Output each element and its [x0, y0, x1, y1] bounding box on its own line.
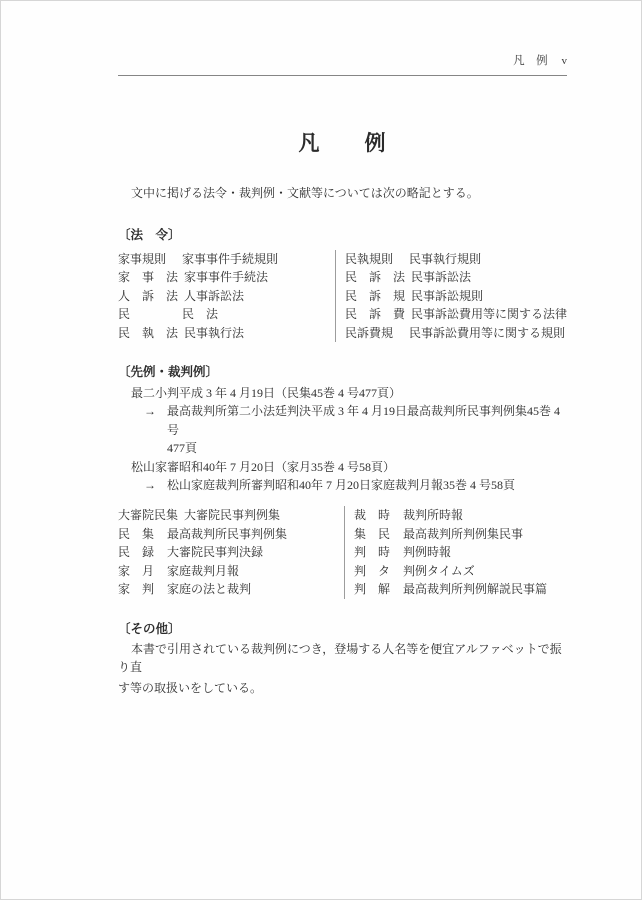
abbreviation: 集 民: [354, 525, 397, 543]
other-note-line: す等の取扱いをしている。: [118, 679, 567, 697]
abbr-row: 民 録大審院民事判決録: [118, 543, 344, 561]
abbreviation-full-name: 家庭の法と裁判: [167, 582, 251, 596]
expansion-line: 松山家庭裁判所審判昭和40年 7 月20日家庭裁判月報35巻 4 号58頁: [167, 476, 567, 494]
expansion-text: 松山家庭裁判所審判昭和40年 7 月20日家庭裁判月報35巻 4 号58頁: [167, 476, 567, 494]
abbr-row: 集 民最高裁判所判例集民事: [354, 525, 567, 543]
abbreviation: 民 訴 費: [345, 305, 405, 323]
abbreviation-full-name: 判例時報: [403, 545, 451, 559]
abbr-row: 大審院民集大審院民事判例集: [118, 506, 344, 524]
abbreviation-full-name: 民事訴訟費用等に関する規則: [409, 326, 565, 340]
book-page: 凡 例 v 凡 例 文中に掲げる法令・裁判例・文献等については次の略記とする。 …: [0, 0, 642, 900]
page-title: 凡 例: [118, 127, 567, 157]
abbreviation-full-name: 民事執行規則: [409, 252, 481, 266]
abbreviation: 裁 時: [354, 506, 397, 524]
laws-column-right: 民執規則民事執行規則 民 訴 法民事訴訟法 民 訴 規民事訴訟規則 民 訴 費民…: [335, 250, 567, 342]
abbreviation: 家 月: [118, 562, 161, 580]
abbr-row: 民 執 法民事執行法: [118, 324, 335, 342]
abbreviation: 民 訴 法: [345, 268, 405, 286]
abbr-row: 判 解最高裁判所判例解説民事篇: [354, 580, 567, 598]
abbr-row: 家 事 法家事事件手続法: [118, 268, 335, 286]
abbreviation-full-name: 裁判所時報: [403, 508, 463, 522]
expansion-text: 最高裁判所第二小法廷判決平成 3 年 4 月19日最高裁判所民事判例集45巻 4…: [167, 402, 567, 457]
abbreviation-full-name: 最高裁判所判例集民事: [403, 527, 523, 541]
reporters-column-left: 大審院民集大審院民事判例集 民 集最高裁判所民事判例集 民 録大審院民事判決録 …: [118, 506, 344, 598]
abbreviation: 民: [118, 305, 176, 323]
abbreviation: 民 訴 規: [345, 287, 405, 305]
abbr-row: 家事規則家事事件手続規則: [118, 250, 335, 268]
laws-abbreviation-table: 家事規則家事事件手続規則 家 事 法家事事件手続法 人 訴 法人事訴訟法 民民 …: [118, 250, 567, 342]
abbr-row: 判 タ判例タイムズ: [354, 562, 567, 580]
running-header: 凡 例 v: [118, 52, 567, 76]
citation-expansion: → 松山家庭裁判所審判昭和40年 7 月20日家庭裁判月報35巻 4 号58頁: [118, 476, 567, 494]
abbreviation-full-name: 大審院民事判決録: [167, 545, 263, 559]
abbreviation-full-name: 民事訴訟規則: [411, 289, 483, 303]
abbreviation: 民 執 法: [118, 324, 178, 342]
abbreviation-full-name: 家庭裁判月報: [167, 564, 239, 578]
abbr-row: 民 訴 規民事訴訟規則: [345, 287, 567, 305]
section-heading-other: 〔その他〕: [118, 619, 567, 637]
abbreviation: 民執規則: [345, 250, 403, 268]
abbreviation-full-name: 民事訴訟法: [411, 270, 471, 284]
abbr-row: 民執規則民事執行規則: [345, 250, 567, 268]
abbreviation-full-name: 最高裁判所民事判例集: [167, 527, 287, 541]
abbreviation: 家 事 法: [118, 268, 178, 286]
abbr-row: 人 訴 法人事訴訟法: [118, 287, 335, 305]
abbr-row: 民 訴 費民事訴訟費用等に関する法律: [345, 305, 567, 323]
intro-text: 文中に掲げる法令・裁判例・文献等については次の略記とする。: [118, 186, 567, 201]
precedent-examples: 最二小判平成 3 年 4 月19日（民集45巻 4 号477頁） → 最高裁判所…: [118, 384, 567, 494]
citation-expansion: → 最高裁判所第二小法廷判決平成 3 年 4 月19日最高裁判所民事判例集45巻…: [118, 402, 567, 457]
expansion-line: 477頁: [167, 439, 567, 457]
abbreviation-full-name: 民事執行法: [184, 326, 244, 340]
abbreviation-full-name: 家事事件手続法: [184, 270, 268, 284]
abbreviation-full-name: 民事訴訟費用等に関する法律: [411, 307, 567, 321]
abbreviation: 家 判: [118, 580, 161, 598]
laws-column-left: 家事規則家事事件手続規則 家 事 法家事事件手続法 人 訴 法人事訴訟法 民民 …: [118, 250, 335, 342]
abbreviation-full-name: 家事事件手続規則: [182, 252, 278, 266]
abbreviation: 大審院民集: [118, 506, 178, 524]
abbreviation: 判 解: [354, 580, 397, 598]
abbreviation: 人 訴 法: [118, 287, 178, 305]
abbr-row: 裁 時裁判所時報: [354, 506, 567, 524]
abbr-row: 民訴費規民事訴訟費用等に関する規則: [345, 324, 567, 342]
abbreviation: 家事規則: [118, 250, 176, 268]
section-heading-precedents: 〔先例・裁判例〕: [118, 362, 567, 380]
case-citation: 松山家審昭和40年 7 月20日（家月35巻 4 号58頁）: [118, 458, 567, 476]
reporters-abbreviation-table: 大審院民集大審院民事判例集 民 集最高裁判所民事判例集 民 録大審院民事判決録 …: [118, 506, 567, 598]
running-title: 凡 例: [513, 55, 548, 67]
abbr-row: 家 判家庭の法と裁判: [118, 580, 344, 598]
abbreviation: 判 時: [354, 543, 397, 561]
abbreviation: 民 集: [118, 525, 161, 543]
abbr-row: 民 訴 法民事訴訟法: [345, 268, 567, 286]
abbreviation: 判 タ: [354, 562, 397, 580]
abbreviation-full-name: 人事訴訟法: [184, 289, 244, 303]
abbreviation-full-name: 民 法: [182, 307, 218, 321]
right-arrow-icon: →: [144, 476, 167, 494]
abbr-row: 民民 法: [118, 305, 335, 323]
page-number: v: [562, 55, 568, 67]
abbr-row: 民 集最高裁判所民事判例集: [118, 525, 344, 543]
abbreviation-full-name: 大審院民事判例集: [184, 508, 280, 522]
case-citation: 最二小判平成 3 年 4 月19日（民集45巻 4 号477頁）: [118, 384, 567, 402]
abbreviation: 民 録: [118, 543, 161, 561]
abbr-row: 判 時判例時報: [354, 543, 567, 561]
abbreviation-full-name: 判例タイムズ: [403, 564, 475, 578]
right-arrow-icon: →: [144, 402, 167, 457]
abbr-row: 家 月家庭裁判月報: [118, 562, 344, 580]
abbreviation: 民訴費規: [345, 324, 403, 342]
expansion-line: 最高裁判所第二小法廷判決平成 3 年 4 月19日最高裁判所民事判例集45巻 4…: [167, 402, 567, 439]
section-heading-laws: 〔法 令〕: [118, 225, 567, 243]
abbreviation-full-name: 最高裁判所判例解説民事篇: [403, 582, 547, 596]
reporters-column-right: 裁 時裁判所時報 集 民最高裁判所判例集民事 判 時判例時報 判 タ判例タイムズ…: [344, 506, 567, 598]
other-note-line: 本書で引用されている裁判例につき，登場する人名等を便宜アルファベットで振り直: [118, 640, 567, 677]
